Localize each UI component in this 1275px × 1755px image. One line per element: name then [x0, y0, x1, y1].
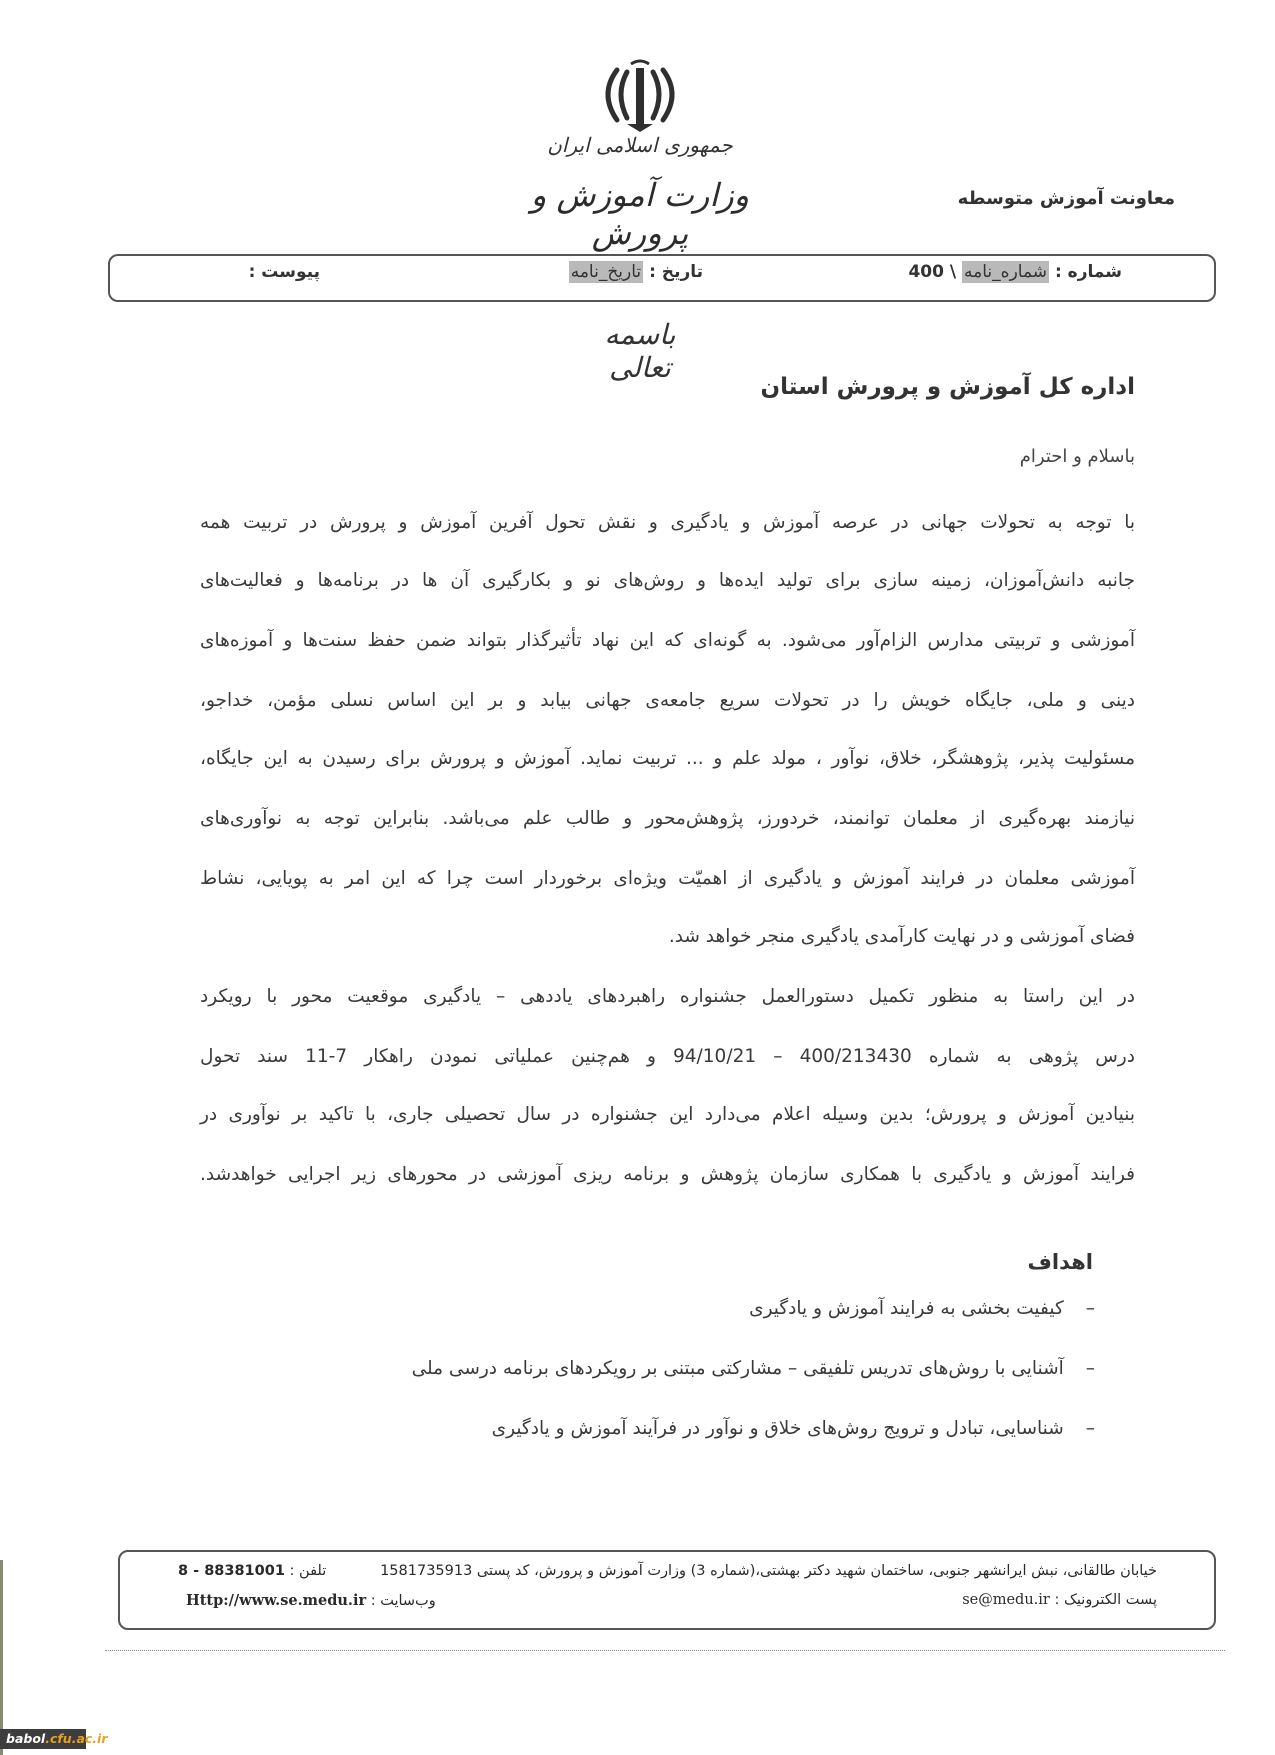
- greeting: باسلام و احترام: [1020, 446, 1135, 467]
- footer-contact-box: [118, 1550, 1216, 1630]
- letter-attachment: پیوست :: [249, 262, 320, 282]
- phone-label: تلفن :: [290, 1563, 327, 1579]
- body-line: فضای آموزشی و در نهایت کارآمدی یادگیری م…: [200, 926, 1135, 947]
- email-label: پست الکترونیک :: [1054, 1592, 1157, 1608]
- goal-item: –آشنایی با روش‌های تدریس تلفیقی – مشارکت…: [412, 1358, 1095, 1379]
- letter-date: تاریخ : تاریخ_نامه: [569, 262, 703, 282]
- phone-number: 8 - 88381001: [178, 1563, 285, 1579]
- goal-item: –شناسایی، تبادل و ترویج روش‌های خلاق و ن…: [492, 1418, 1095, 1439]
- deputy-name: معاونت آموزش متوسطه: [958, 188, 1175, 209]
- goal-text: کیفیت بخشی به فرایند آموزش و یادگیری: [749, 1298, 1064, 1319]
- body-line: آموزشی معلمان در فرایند آموزش و یادگیری …: [200, 868, 1135, 889]
- goal-item: –کیفیت بخشی به فرایند آموزش و یادگیری: [749, 1298, 1095, 1319]
- ministry-name: وزارت آموزش و پرورش: [480, 176, 800, 252]
- footer-email: پست الکترونیک : se@medu.ir: [962, 1592, 1157, 1608]
- number-suffix: \ 400: [908, 262, 956, 282]
- watermark-part1: babol: [6, 1731, 45, 1746]
- goals-title: اهداف: [1028, 1250, 1093, 1274]
- body-line: آموزشی و تربیتی مدارس الزام‌آور می‌شود. …: [200, 630, 1135, 651]
- date-field[interactable]: تاریخ_نامه: [569, 261, 643, 283]
- website-link[interactable]: Http://www.se.medu.ir: [186, 1592, 366, 1609]
- attachment-label: پیوست :: [249, 262, 320, 282]
- body-line: مسئولیت پذیر، پژوهشگر، خلاق، نوآور ، مول…: [200, 748, 1135, 769]
- scan-edge: [0, 1560, 3, 1755]
- letter-number: شماره : شماره_نامه \ 400: [908, 262, 1122, 282]
- body-line: با توجه به تحولات جهانی در عرصه آموزش و …: [200, 512, 1135, 533]
- body-line: در این راستا به منظور تکمیل دستورالعمل ج…: [200, 986, 1135, 1007]
- iran-emblem-icon: [595, 58, 685, 136]
- email-link[interactable]: se@medu.ir: [962, 1592, 1050, 1608]
- republic-name: جمهوری اسلامی ایران: [520, 133, 760, 157]
- site-watermark: babol.cfu.ac.ir: [0, 1729, 86, 1749]
- goal-text: آشنایی با روش‌های تدریس تلفیقی – مشارکتی…: [412, 1358, 1064, 1379]
- bullet-dash: –: [1086, 1418, 1095, 1439]
- website-label: وب‌سایت :: [371, 1593, 436, 1609]
- body-line: نیازمند بهره‌گیری از معلمان توانمند، خرد…: [200, 808, 1135, 829]
- number-label: شماره :: [1055, 262, 1122, 282]
- bullet-dash: –: [1086, 1298, 1095, 1319]
- footer-website: وب‌سایت : Http://www.se.medu.ir: [186, 1592, 436, 1609]
- footer-phone: تلفن : 8 - 88381001: [178, 1563, 326, 1579]
- watermark-part2: .cfu.ac.ir: [45, 1731, 107, 1746]
- body-line: بنیادین آموزش و پرورش؛ بدین وسیله اعلام …: [200, 1104, 1135, 1125]
- goal-text: شناسایی، تبادل و ترویج روش‌های خلاق و نو…: [492, 1418, 1064, 1439]
- bullet-dash: –: [1086, 1358, 1095, 1379]
- body-line: درس پژوهی به شماره 400/213430 – 94/10/21…: [200, 1046, 1135, 1067]
- number-field[interactable]: شماره_نامه: [962, 261, 1049, 283]
- invocation: باسمه تعالی: [570, 318, 710, 384]
- date-label: تاریخ :: [649, 262, 703, 282]
- footer-address: خیابان طالقانی، نبش ایرانشهر جنوبی، ساخت…: [380, 1563, 1157, 1579]
- body-line: جانبه دانش‌آموزان، زمینه سازی برای تولید…: [200, 570, 1135, 591]
- body-line: دینی و ملی، جایگاه خویش را در تحولات سری…: [200, 690, 1135, 711]
- recipient: اداره کل آموزش و پرورش استان: [760, 374, 1135, 400]
- bottom-divider: [105, 1650, 1225, 1651]
- body-line: فرایند آموزش و یادگیری با همکاری سازمان …: [200, 1164, 1135, 1185]
